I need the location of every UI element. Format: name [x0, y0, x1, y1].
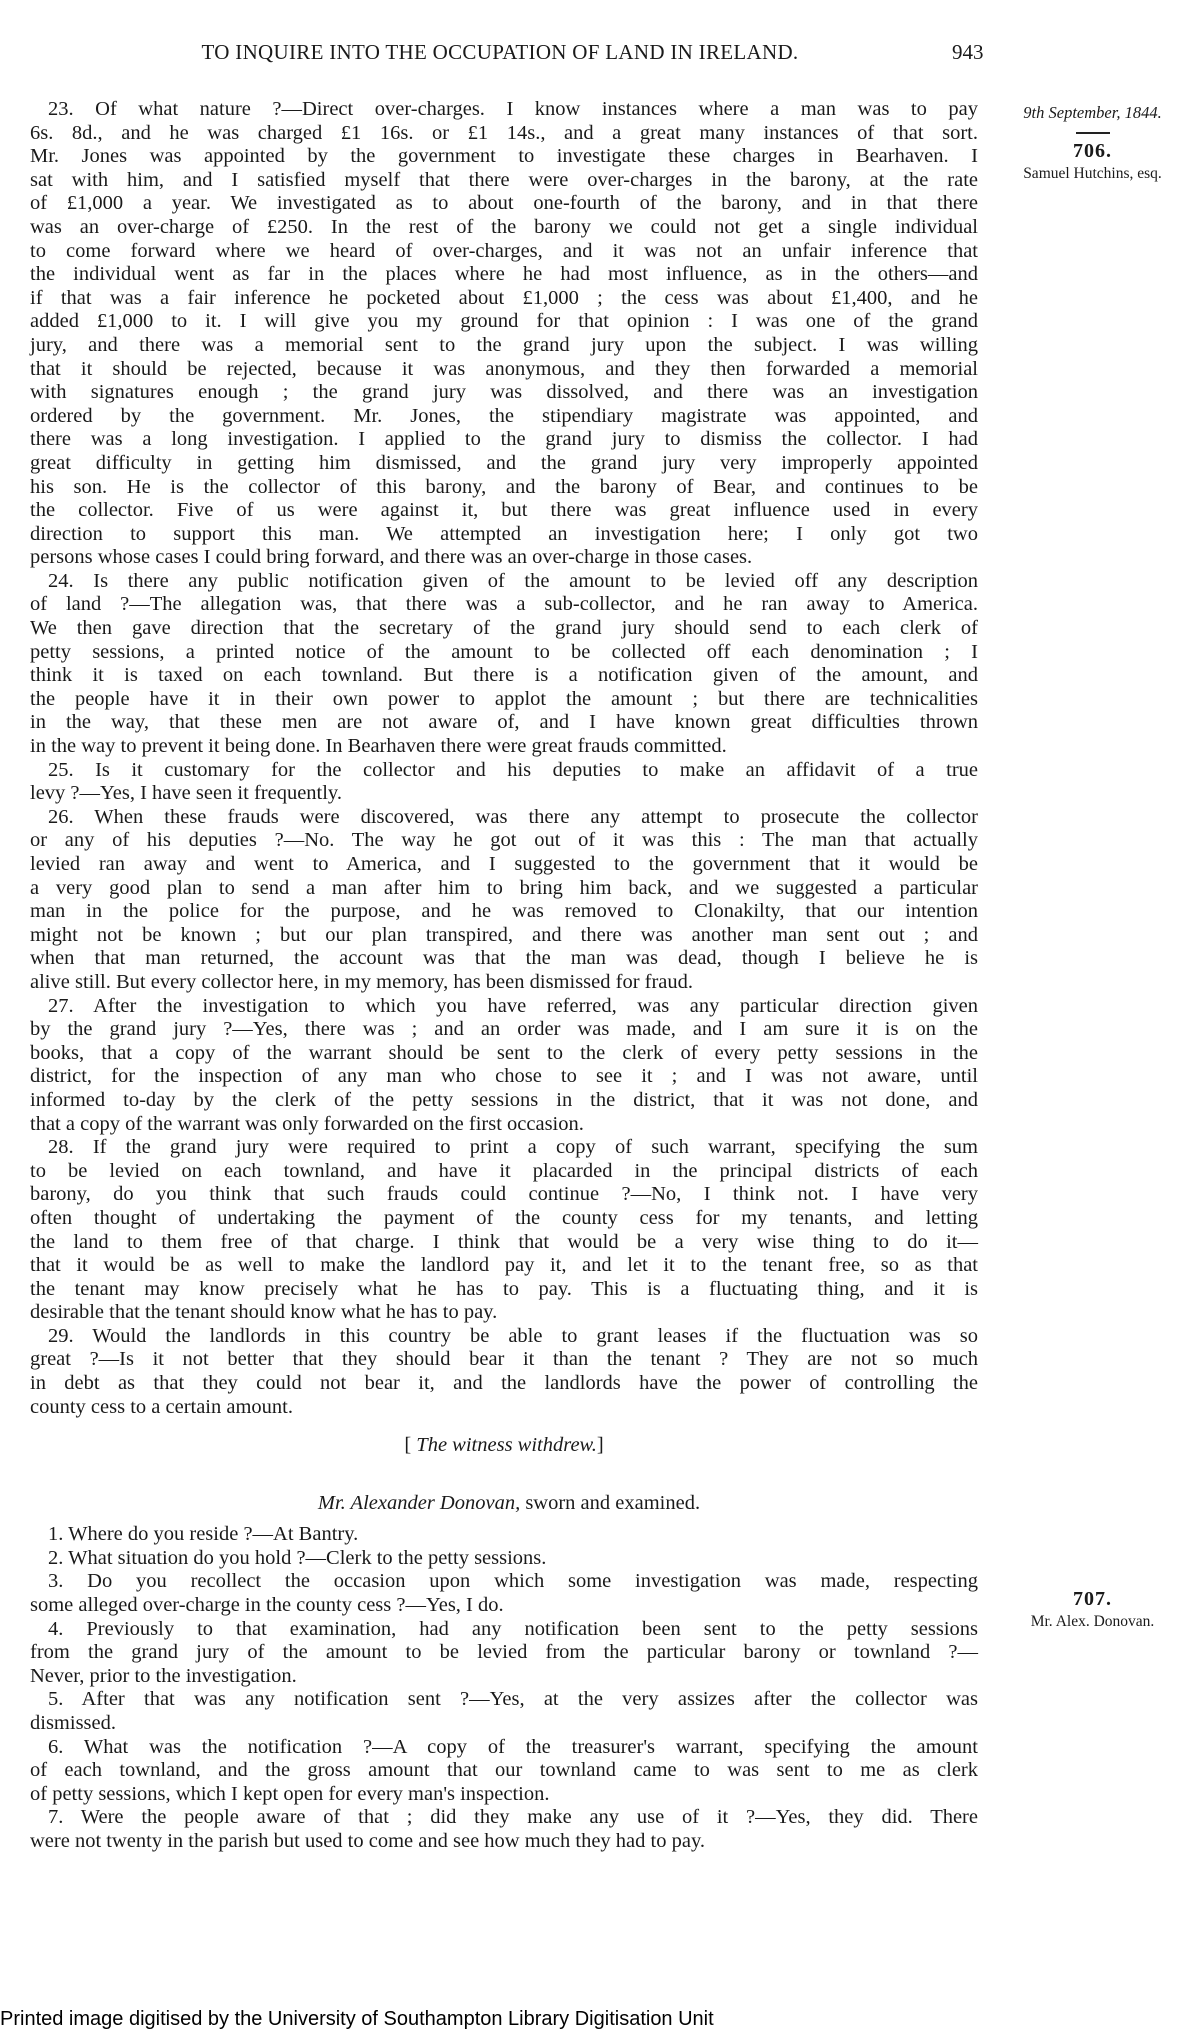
text-line: the individual went as far in the places…	[30, 263, 978, 287]
text-line: added £1,000 to it. I will give you my g…	[30, 310, 978, 334]
text-line: 1. Where do you reside ?—At Bantry.	[30, 1523, 978, 1547]
text-line: sat with him, and I satisfied myself tha…	[30, 169, 978, 193]
text-line: informed to-day by the clerk of the pett…	[30, 1089, 978, 1113]
text-line: barony, do you think that such frauds co…	[30, 1183, 978, 1207]
text-line: levied ran away and went to America, and…	[30, 853, 978, 877]
text-line: from the grand jury of the amount to be …	[30, 1641, 978, 1665]
text-line: when that man returned, the account was …	[30, 947, 978, 971]
text-line: in the way to prevent it being done. In …	[30, 735, 978, 759]
text-line: ordered by the government. Mr. Jones, th…	[30, 405, 978, 429]
text-line: books, that a copy of the warrant should…	[30, 1042, 978, 1066]
text-line: was an over-charge of £250. In the rest …	[30, 216, 978, 240]
text-line: Never, prior to the investigation.	[30, 1665, 978, 1689]
text-line: were not twenty in the parish but used t…	[30, 1830, 978, 1854]
witness-heading-name: Mr. Alexander Donovan,	[318, 1492, 520, 1514]
text-line: the collector. Five of us were against i…	[30, 499, 978, 523]
text-line: with signatures enough ; the grand jury …	[30, 381, 978, 405]
margin-witness-number: 707.	[985, 1588, 1200, 1611]
text-line: 3. Do you recollect the occasion upon wh…	[30, 1570, 978, 1594]
text-line: 2. What situation do you hold ?—Clerk to…	[30, 1547, 978, 1571]
text-line: alive still. But every collector here, i…	[30, 971, 978, 995]
text-line: dismissed.	[30, 1712, 978, 1736]
text-line: 6s. 8d., and he was charged £1 16s. or £…	[30, 122, 978, 146]
text-line: Mr. Jones was appointed by the governmen…	[30, 145, 978, 169]
text-line: 23. Of what nature ?—Direct over-charges…	[30, 98, 978, 122]
text-line: there was a long investigation. I applie…	[30, 428, 978, 452]
text-line: 28. If the grand jury were required to p…	[30, 1136, 978, 1160]
witness-withdrew-text: The witness withdrew.	[416, 1434, 597, 1456]
text-line: or any of his deputies ?—No. The way he …	[30, 829, 978, 853]
text-line: great difficulty in getting him dismisse…	[30, 452, 978, 476]
text-line: think it is taxed on each townland. But …	[30, 664, 978, 688]
text-line: petty sessions, a printed notice of the …	[30, 641, 978, 665]
margin-rule	[1076, 132, 1110, 134]
body-column: 23. Of what nature ?—Direct over-charges…	[30, 98, 978, 1854]
text-line: 6. What was the notification ?—A copy of…	[30, 1736, 978, 1760]
text-line: 24. Is there any public notification giv…	[30, 570, 978, 594]
page-number: 943	[952, 40, 984, 65]
text-line: in debt as that they could not bear it, …	[30, 1372, 978, 1396]
witness-heading: Mr. Alexander Donovan, sworn and examine…	[30, 1483, 978, 1523]
testimony-donovan: 1. Where do you reside ?—At Bantry.2. Wh…	[30, 1523, 978, 1853]
text-line: of £1,000 a year. We investigated as to …	[30, 192, 978, 216]
text-line: the people have it in their own power to…	[30, 688, 978, 712]
text-line: in the way, that these men are not aware…	[30, 711, 978, 735]
text-line: direction to support this man. We attemp…	[30, 523, 978, 547]
witness-withdrew-note: [ The witness withdrew.]	[30, 1425, 978, 1465]
running-head: TO INQUIRE INTO THE OCCUPATION OF LAND I…	[0, 40, 1000, 65]
margin-note-witness-706: 9th September, 1844. 706. Samuel Hutchin…	[985, 103, 1200, 183]
margin-witness-name: Samuel Hutchins, esq.	[985, 165, 1200, 183]
text-line: We then gave direction that the secretar…	[30, 617, 978, 641]
text-line: 26. When these frauds were discovered, w…	[30, 806, 978, 830]
text-line: 7. Were the people aware of that ; did t…	[30, 1806, 978, 1830]
text-line: often thought of undertaking the payment…	[30, 1207, 978, 1231]
text-line: district, for the inspection of any man …	[30, 1065, 978, 1089]
text-line: the tenant may know precisely what he ha…	[30, 1278, 978, 1302]
running-head-title: TO INQUIRE INTO THE OCCUPATION OF LAND I…	[202, 40, 799, 65]
text-line: 25. Is it customary for the collector an…	[30, 759, 978, 783]
margin-witness-number: 706.	[985, 140, 1200, 163]
text-line: to come forward where we heard of over-c…	[30, 240, 978, 264]
text-line: 5. After that was any notification sent …	[30, 1688, 978, 1712]
digitisation-credit: Printed image digitised by the Universit…	[0, 2008, 714, 2031]
margin-date: 9th September, 1844.	[985, 103, 1200, 123]
text-line: a very good plan to send a man after him…	[30, 877, 978, 901]
text-line: jury, and there was a memorial sent to t…	[30, 334, 978, 358]
text-line: man in the police for the purpose, and h…	[30, 900, 978, 924]
margin-witness-name: Mr. Alex. Donovan.	[985, 1613, 1200, 1631]
text-line: by the grand jury ?—Yes, there was ; and…	[30, 1018, 978, 1042]
text-line: levy ?—Yes, I have seen it frequently.	[30, 782, 978, 806]
text-line: desirable that the tenant should know wh…	[30, 1301, 978, 1325]
text-line: great ?—Is it not better that they shoul…	[30, 1348, 978, 1372]
text-line: of petty sessions, which I kept open for…	[30, 1783, 978, 1807]
text-line: 4. Previously to that examination, had a…	[30, 1618, 978, 1642]
text-line: county cess to a certain amount.	[30, 1396, 978, 1420]
witness-heading-rest: sworn and examined.	[520, 1492, 700, 1514]
margin-note-witness-707: 707. Mr. Alex. Donovan.	[985, 1588, 1200, 1631]
text-line: to be levied on each townland, and have …	[30, 1160, 978, 1184]
text-line: that it should be rejected, because it w…	[30, 358, 978, 382]
text-line: some alleged over-charge in the county c…	[30, 1594, 978, 1618]
text-line: his son. He is the collector of this bar…	[30, 476, 978, 500]
text-line: if that was a fair inference he pocketed…	[30, 287, 978, 311]
text-line: of each townland, and the gross amount t…	[30, 1759, 978, 1783]
text-line: that it would be as well to make the lan…	[30, 1254, 978, 1278]
text-line: of land ?—The allegation was, that there…	[30, 593, 978, 617]
text-line: that a copy of the warrant was only forw…	[30, 1113, 978, 1137]
text-line: persons whose cases I could bring forwar…	[30, 546, 978, 570]
text-line: the land to them free of that charge. I …	[30, 1231, 978, 1255]
text-line: might not be known ; but our plan transp…	[30, 924, 978, 948]
text-line: 29. Would the landlords in this country …	[30, 1325, 978, 1349]
text-line: 27. After the investigation to which you…	[30, 995, 978, 1019]
testimony-hutchins: 23. Of what nature ?—Direct over-charges…	[30, 98, 978, 1419]
